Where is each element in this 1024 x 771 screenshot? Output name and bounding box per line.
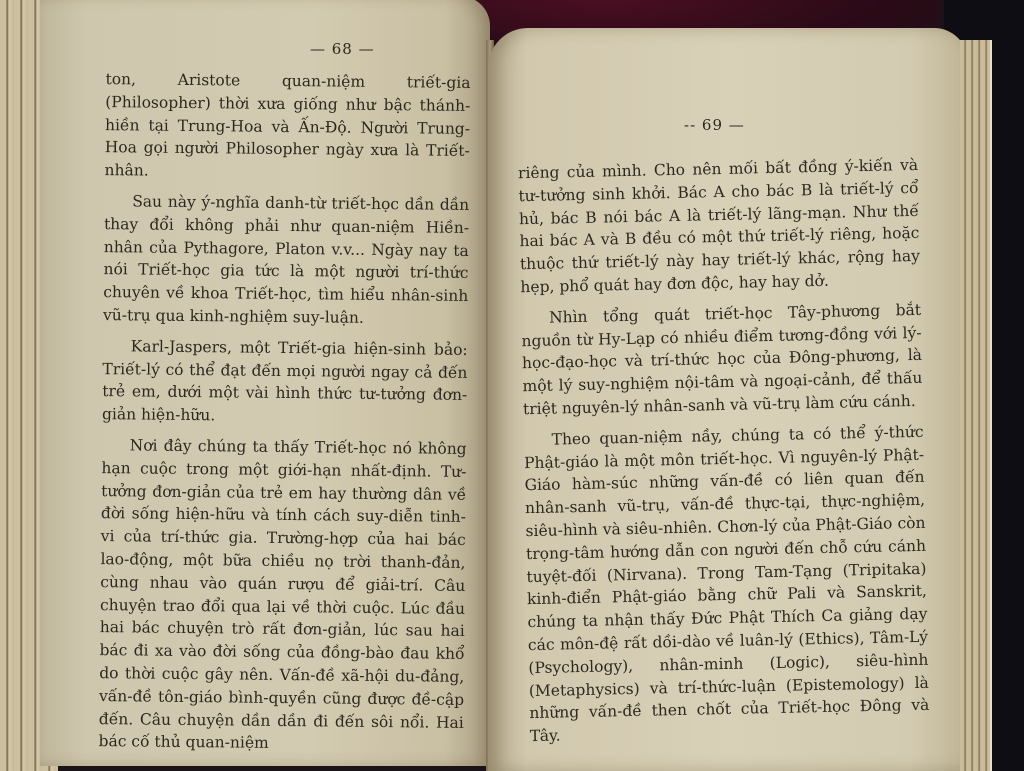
left-page-number: — 68 — (310, 40, 375, 58)
right-page-text: riêng của mình. Cho nên mối bất đồng ý-k… (518, 154, 930, 756)
right-page: -- 69 — riêng của mình. Cho nên mối bất … (488, 28, 968, 771)
left-page-text: ton, Aristote quan-niệm triết-gia (Philo… (98, 68, 470, 765)
paragraph: Nơi đây chúng ta thấy Triết-học nó không… (98, 434, 466, 757)
paragraph: Karl-Jaspers, một Triết-gia hiện-sinh bả… (102, 335, 468, 430)
right-page-stack (960, 40, 992, 771)
left-page: — 68 — ton, Aristote quan-niệm triết-gia… (40, 0, 490, 766)
paragraph: riêng của mình. Cho nên mối bất đồng ý-k… (518, 154, 921, 299)
paragraph: ton, Aristote quan-niệm triết-gia (Philo… (104, 68, 470, 186)
paragraph: Sau này ý-nghĩa danh-từ triết-học dần dầ… (103, 190, 469, 331)
paragraph: Nhìn tổng quát triết-học Tây-phương bắt … (521, 299, 923, 421)
paragraph: Theo quan-niệm nầy, chúng ta có thể ý-th… (523, 421, 930, 748)
right-page-number: -- 69 — (684, 116, 745, 134)
